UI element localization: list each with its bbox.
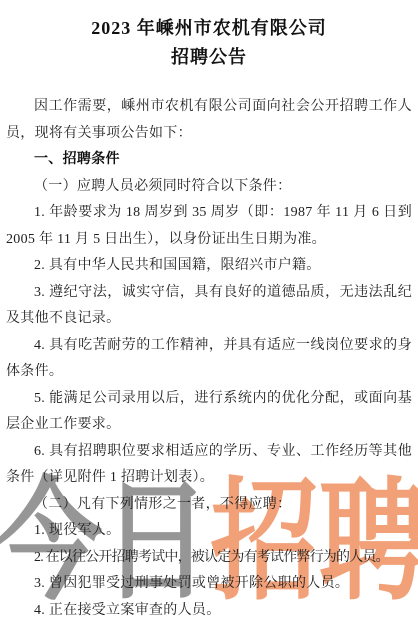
clause-1-item-3: 3. 遵纪守法，诚实守信，具有良好的道德品质，无违法乱纪及其他不良记录。 xyxy=(6,280,412,333)
document-page: 今日招聘 2023 年嵊州市农机有限公司 招聘公告 因工作需要，嵊州市农机有限公… xyxy=(0,0,418,620)
clause-1-intro: （一）应聘人员必须同时符合以下条件： xyxy=(6,174,412,201)
clause-2-item-3: 3. 曾因犯罪受过刑事处罚或曾被开除公职的人员。 xyxy=(6,571,412,598)
document-body: 因工作需要，嵊州市农机有限公司面向社会公开招聘工作人员，现将有关事项公告如下： … xyxy=(0,94,418,620)
title-line-1: 2023 年嵊州市农机有限公司 xyxy=(0,14,418,43)
clause-2-intro: （二）凡有下列情形之一者，不得应聘： xyxy=(6,492,412,519)
clause-2-item-1: 1. 现役军人。 xyxy=(6,518,412,545)
clause-2-item-2: 2. 在以往公开招聘考试中，被认定为有考试作弊行为的人员。 xyxy=(6,545,412,572)
title-line-2: 招聘公告 xyxy=(0,43,418,72)
document-title: 2023 年嵊州市农机有限公司 招聘公告 xyxy=(0,14,418,72)
section-1-heading: 一、招聘条件 xyxy=(6,147,412,174)
clause-1-item-6: 6. 具有招聘职位要求相适应的学历、专业、工作经历等其他条件（详见附件 1 招聘… xyxy=(6,439,412,492)
clause-2-item-4: 4. 正在接受立案审查的人员。 xyxy=(6,598,412,620)
clause-1-item-2: 2. 具有中华人民共和国国籍，限绍兴市户籍。 xyxy=(6,253,412,280)
clause-1-item-1: 1. 年龄要求为 18 周岁到 35 周岁（即：1987 年 11 月 6 日到… xyxy=(6,200,412,253)
clause-1-item-5: 5. 能满足公司录用以后，进行系统内的优化分配，或面向基层企业工作要求。 xyxy=(6,386,412,439)
intro-paragraph: 因工作需要，嵊州市农机有限公司面向社会公开招聘工作人员，现将有关事项公告如下： xyxy=(6,94,412,147)
clause-1-item-4: 4. 具有吃苦耐劳的工作精神，并具有适应一线岗位要求的身体条件。 xyxy=(6,333,412,386)
